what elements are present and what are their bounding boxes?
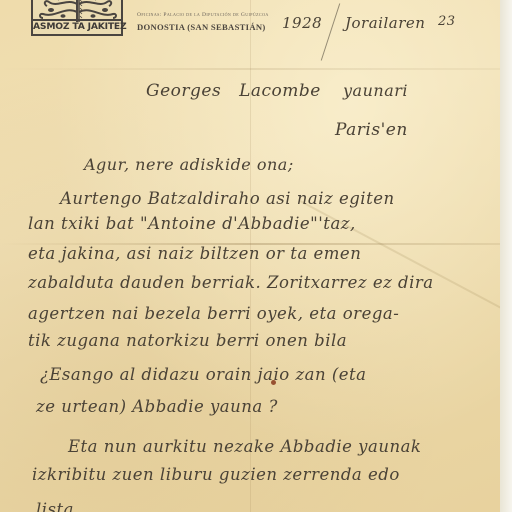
- letter-line: lan txiki bat "Antoine d'Abbadie"'taz,: [28, 214, 356, 233]
- letterhead-office: Oficinas: Palacio de la Diputación de Gu…: [137, 12, 269, 18]
- letter-line: ¿Esango al didazu orain jaio zan (eta: [40, 365, 367, 384]
- letter-line: Aurtengo Batzaldiraho asi naiz egiten: [60, 189, 395, 208]
- date-day: 23: [438, 14, 456, 29]
- letter-line: tik zugana natorkizu berri onen bila: [28, 331, 347, 350]
- recipient-title: yaunari: [343, 81, 408, 100]
- letterhead-motto: ASMOZ TA JAKITEZ: [33, 19, 121, 34]
- letter-line: ze urtean) Abbadie yauna ?: [36, 397, 278, 416]
- letter-line: lista ...: [36, 500, 97, 512]
- scan-edge: [500, 0, 512, 512]
- letterhead-city: DONOSTIA (SAN SEBASTIÁN): [137, 22, 266, 32]
- pen-stroke: [321, 3, 340, 60]
- letter-line: zabalduta dauden berriak. Zoritxarrez ez…: [28, 273, 434, 292]
- letter-line: eta jakina, asi naiz biltzen or ta emen: [28, 244, 361, 263]
- recipient-place: Paris'en: [335, 120, 408, 140]
- ink-stain: [271, 380, 276, 385]
- letter-greeting: Agur, nere adiskide ona;: [84, 155, 294, 174]
- recipient-name: Georges Lacombe: [146, 81, 321, 101]
- letter-line: agertzen nai bezela berri oyek, eta oreg…: [28, 304, 399, 323]
- letter-line: izkribitu zuen liburu guzien zerrenda ed…: [32, 465, 400, 484]
- date-year: 1928: [282, 14, 322, 32]
- letter-page: ASMOZ TA JAKITEZ Oficinas: Palacio de la…: [0, 0, 501, 512]
- letterhead-logo: ASMOZ TA JAKITEZ: [31, 0, 123, 36]
- date-month: Jorailaren: [345, 14, 425, 32]
- letter-line: Eta nun aurkitu nezake Abbadie yaunak: [68, 437, 421, 456]
